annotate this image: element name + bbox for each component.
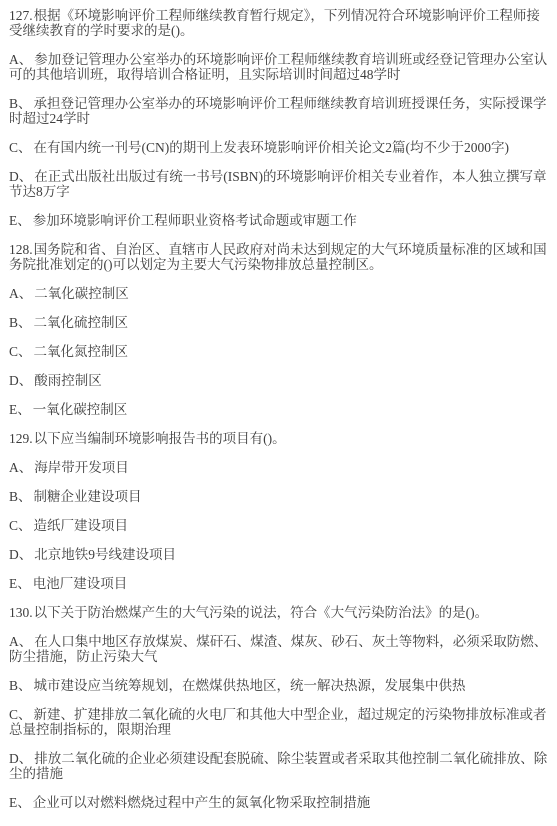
option-label: A、: [9, 286, 32, 301]
option-text: 酸雨控制区: [34, 373, 102, 388]
option-label: D、: [9, 373, 32, 388]
option-row: A、二氧化碳控制区: [9, 286, 548, 301]
option-label: D、: [9, 547, 32, 562]
question-title: 128.国务院和省、自治区、直辖市人民政府对尚未达到规定的大气环境质量标准的区域…: [9, 242, 548, 272]
option-row: C、在有国内统一刊号(CN)的期刊上发表环境影响评价相关论文2篇(均不少于200…: [9, 140, 548, 155]
option-label: E、: [9, 402, 31, 417]
option-row: C、二氧化氮控制区: [9, 344, 548, 359]
question-title: 129.以下应当编制环境影响报告书的项目有()。: [9, 431, 548, 446]
option-label: B、: [9, 678, 32, 693]
option-text: 在正式出版社出版过有统一书号(ISBN)的环境影响评价相关专业着作，本人独立撰写…: [9, 169, 547, 199]
question-text: 根据《环境影响评价工程师继续教育暂行规定》，下列情况符合环境影响评价工程师接受继…: [9, 8, 540, 38]
option-label: C、: [9, 518, 32, 533]
option-text: 承担登记管理办公室举办的环境影响评价工程师继续教育培训班授课任务，实际授课学时超…: [9, 96, 547, 126]
option-row: C、新建、扩建排放二氧化硫的火电厂和其他大中型企业，超过规定的污染物排放标准或者…: [9, 707, 548, 737]
option-text: 参加登记管理办公室举办的环境影响评价工程师继续教育培训班或经登记管理办公室认可的…: [9, 52, 547, 82]
option-label: C、: [9, 140, 32, 155]
option-label: B、: [9, 96, 32, 111]
option-text: 制糖企业建设项目: [34, 489, 142, 504]
option-text: 北京地铁9号线建设项目: [34, 547, 176, 562]
question-block: 127.根据《环境影响评价工程师继续教育暂行规定》，下列情况符合环境影响评价工程…: [9, 8, 548, 228]
option-row: B、城市建设应当统筹规划，在燃煤供热地区，统一解决热源，发展集中供热: [9, 678, 548, 693]
option-label: B、: [9, 489, 32, 504]
option-label: B、: [9, 315, 32, 330]
question-title: 130.以下关于防治燃煤产生的大气污染的说法，符合《大气污染防治法》的是()。: [9, 605, 548, 620]
option-row: B、承担登记管理办公室举办的环境影响评价工程师继续教育培训班授课任务，实际授课学…: [9, 96, 548, 126]
option-text: 在有国内统一刊号(CN)的期刊上发表环境影响评价相关论文2篇(均不少于2000字…: [34, 140, 510, 155]
question-block: 129.以下应当编制环境影响报告书的项目有()。 A、海岸带开发项目B、制糖企业…: [9, 431, 548, 591]
option-row: B、制糖企业建设项目: [9, 489, 548, 504]
option-text: 造纸厂建设项目: [34, 518, 129, 533]
question-number: 129.: [9, 431, 33, 446]
option-label: E、: [9, 213, 31, 228]
exam-question-page: 127.根据《环境影响评价工程师继续教育暂行规定》，下列情况符合环境影响评价工程…: [9, 8, 548, 810]
option-row: E、一氧化碳控制区: [9, 402, 548, 417]
question-text: 国务院和省、自治区、直辖市人民政府对尚未达到规定的大气环境质量标准的区域和国务院…: [9, 242, 547, 272]
option-label: E、: [9, 795, 31, 810]
option-label: C、: [9, 344, 32, 359]
question-number: 130.: [9, 605, 33, 620]
option-text: 新建、扩建排放二氧化硫的火电厂和其他大中型企业，超过规定的污染物排放标准或者总量…: [9, 707, 547, 737]
question-text: 以下应当编制环境影响报告书的项目有()。: [34, 431, 286, 446]
question-number: 128.: [9, 242, 33, 257]
option-row: B、二氧化硫控制区: [9, 315, 548, 330]
option-text: 海岸带开发项目: [34, 460, 129, 475]
option-label: A、: [9, 52, 32, 67]
option-text: 在人口集中地区存放煤炭、煤矸石、煤渣、煤灰、砂石、灰土等物料，必须采取防燃、防尘…: [9, 634, 547, 664]
option-text: 二氧化氮控制区: [34, 344, 129, 359]
option-text: 电池厂建设项目: [33, 576, 128, 591]
option-text: 二氧化碳控制区: [34, 286, 129, 301]
option-row: E、企业可以对燃料燃烧过程中产生的氮氧化物采取控制措施: [9, 795, 548, 810]
option-row: A、海岸带开发项目: [9, 460, 548, 475]
option-label: D、: [9, 751, 32, 766]
option-row: A、在人口集中地区存放煤炭、煤矸石、煤渣、煤灰、砂石、灰土等物料，必须采取防燃、…: [9, 634, 548, 664]
option-text: 城市建设应当统筹规划，在燃煤供热地区，统一解决热源，发展集中供热: [34, 678, 466, 693]
option-row: E、参加环境影响评价工程师职业资格考试命题或审题工作: [9, 213, 548, 228]
option-row: E、电池厂建设项目: [9, 576, 548, 591]
option-row: A、参加登记管理办公室举办的环境影响评价工程师继续教育培训班或经登记管理办公室认…: [9, 52, 548, 82]
option-text: 企业可以对燃料燃烧过程中产生的氮氧化物采取控制措施: [33, 795, 371, 810]
option-label: A、: [9, 460, 32, 475]
option-row: D、北京地铁9号线建设项目: [9, 547, 548, 562]
option-row: C、造纸厂建设项目: [9, 518, 548, 533]
question-block: 128.国务院和省、自治区、直辖市人民政府对尚未达到规定的大气环境质量标准的区域…: [9, 242, 548, 417]
option-row: D、在正式出版社出版过有统一书号(ISBN)的环境影响评价相关专业着作，本人独立…: [9, 169, 548, 199]
option-text: 一氧化碳控制区: [33, 402, 128, 417]
question-text: 以下关于防治燃煤产生的大气污染的说法，符合《大气污染防治法》的是()。: [34, 605, 489, 620]
option-label: C、: [9, 707, 32, 722]
question-title: 127.根据《环境影响评价工程师继续教育暂行规定》，下列情况符合环境影响评价工程…: [9, 8, 548, 38]
option-row: D、酸雨控制区: [9, 373, 548, 388]
question-block: 130.以下关于防治燃煤产生的大气污染的说法，符合《大气污染防治法》的是()。 …: [9, 605, 548, 810]
question-list: 127.根据《环境影响评价工程师继续教育暂行规定》，下列情况符合环境影响评价工程…: [9, 8, 548, 810]
option-label: D、: [9, 169, 32, 184]
option-text: 参加环境影响评价工程师职业资格考试命题或审题工作: [33, 213, 357, 228]
option-label: A、: [9, 634, 32, 649]
option-row: D、排放二氧化硫的企业必须建设配套脱硫、除尘装置或者采取其他控制二氧化硫排放、除…: [9, 751, 548, 781]
option-text: 二氧化硫控制区: [34, 315, 129, 330]
option-text: 排放二氧化硫的企业必须建设配套脱硫、除尘装置或者采取其他控制二氧化硫排放、除尘的…: [9, 751, 547, 781]
option-label: E、: [9, 576, 31, 591]
question-number: 127.: [9, 8, 33, 23]
